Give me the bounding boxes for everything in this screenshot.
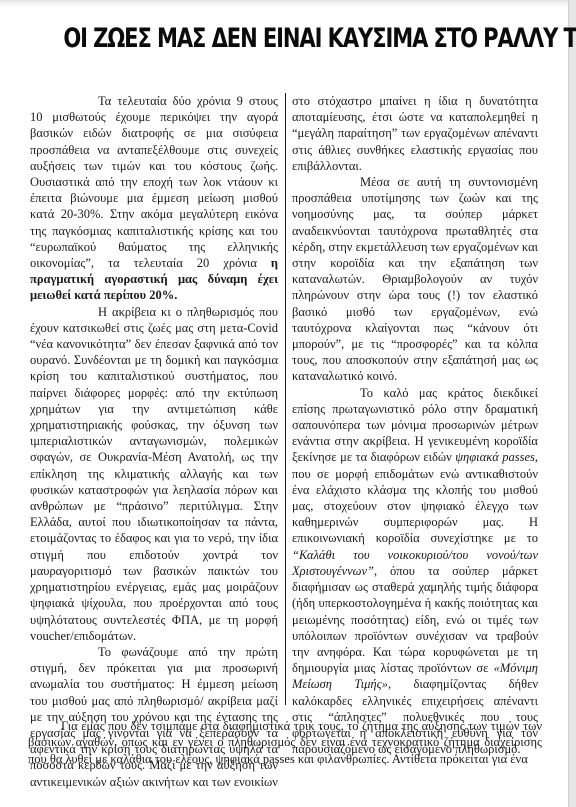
bottom-paragraph: Για εμάς που δεν τσιμπάμε στα διαφημιστι… — [28, 718, 542, 767]
page-title: ΟΙ ΖΩΕΣ ΜΑΣ ΔΕΝ ΕΙΝΑΙ ΚΑΥΣΙΜΑ ΣΤΟ ΡΑΛΛΥ … — [63, 23, 512, 54]
left-column: Τα τελευταία δύο χρόνια 9 στους 10 μισθω… — [30, 93, 278, 790]
left-paragraph-3: Το φωνάζουμε από την πρώτη στιγμή, δεν π… — [30, 644, 278, 790]
viewer-top-shadow — [0, 0, 576, 7]
right-paragraph-continuation: στο στόχαστρο μπαίνει η ίδια η δυνατότητ… — [292, 93, 538, 174]
right-paragraph-2: Μέσα σε αυτή τη συντονισμένη προσπάθεια … — [292, 174, 538, 385]
left-paragraph-1: Τα τελευταία δύο χρόνια 9 στους 10 μισθω… — [30, 93, 278, 304]
right-paragraph-3: Το καλό μας κράτος διεκδικεί επίσης πρωτ… — [292, 385, 538, 758]
viewer-right-edge — [568, 0, 576, 807]
right-column: στο στόχαστρο μπαίνει η ίδια η δυνατότητ… — [292, 93, 538, 757]
left-paragraph-2: Η ακρίβεια κι ο πληθωρισμός που έχουν κα… — [30, 304, 278, 644]
italic-digital-passes: ψηφιακά passes — [455, 450, 535, 464]
bottom-section: Για εμάς που δεν τσιμπάμε στα διαφημιστι… — [28, 718, 542, 767]
column-divider — [285, 93, 286, 705]
